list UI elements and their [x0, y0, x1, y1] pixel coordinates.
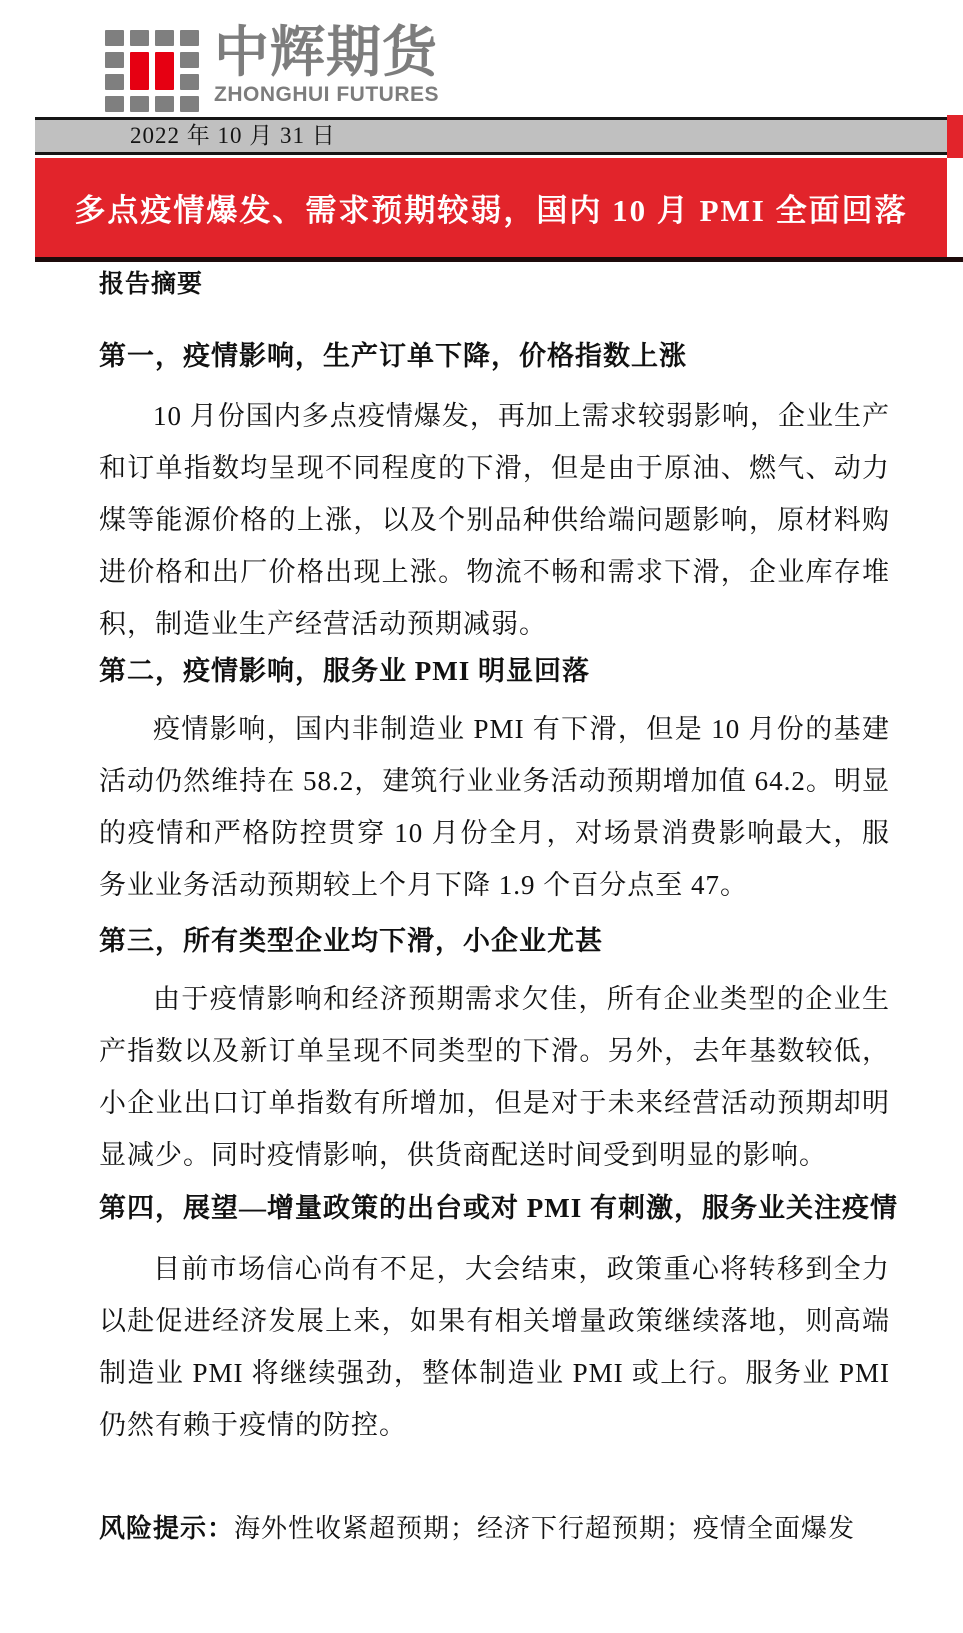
report-title: 多点疫情爆发、需求预期较弱，国内 10 月 PMI 全面回落 [74, 185, 907, 230]
logo-grid-red-bar [130, 52, 149, 90]
risk-notice: 风险提示：海外性收紧超预期；经济下行超预期；疫情全面爆发 [99, 1508, 899, 1545]
logo-grid-cell [130, 30, 149, 46]
risk-notice-label: 风险提示： [99, 1514, 234, 1543]
risk-notice-text: 海外性收紧超预期；经济下行超预期；疫情全面爆发 [234, 1514, 855, 1543]
report-date: 2022 年 10 月 31 日 [35, 120, 947, 152]
date-bar-red-corner [947, 115, 963, 158]
logo-grid-cell [105, 96, 124, 112]
section-4-heading: 第四，展望—增量政策的出台或对 PMI 有刺激，服务业关注疫情 [99, 1192, 899, 1224]
section-3-body: 由于疫情影响和经济预期需求欠佳，所有企业类型的企业生产指数以及新订单呈现不同类型… [99, 973, 890, 1181]
logo-company-name-cn: 中辉期货 [214, 22, 439, 82]
logo-grid-cell [105, 74, 124, 90]
section-1-heading: 第一，疫情影响，生产订单下降，价格指数上涨 [99, 340, 899, 372]
title-banner: 多点疫情爆发、需求预期较弱，国内 10 月 PMI 全面回落 [35, 158, 947, 257]
logo-grid-cell [155, 30, 174, 46]
logo-grid-cell [105, 52, 124, 68]
section-3-heading: 第三，所有类型企业均下滑，小企业尤甚 [99, 925, 899, 957]
logo-grid-squares-icon [105, 30, 199, 112]
report-page: 中辉期货 ZHONGHUI FUTURES 2022 年 10 月 31 日 多… [0, 0, 963, 1633]
section-4-body: 目前市场信心尚有不足，大会结束，政策重心将转移到全力以赴促进经济发展上来，如果有… [99, 1243, 890, 1451]
company-logo: 中辉期货 ZHONGHUI FUTURES [105, 22, 439, 112]
logo-grid-cell [180, 96, 199, 112]
logo-grid-cell [130, 96, 149, 112]
section-2-heading: 第二，疫情影响，服务业 PMI 明显回落 [99, 655, 899, 687]
banner-underline [35, 257, 963, 262]
logo-grid-cell [180, 30, 199, 46]
logo-grid-cell [180, 52, 199, 68]
logo-company-name-en: ZHONGHUI FUTURES [214, 83, 439, 107]
logo-grid-cell [155, 96, 174, 112]
logo-text-block: 中辉期货 ZHONGHUI FUTURES [214, 22, 439, 107]
section-1-body: 10 月份国内多点疫情爆发，再加上需求较弱影响，企业生产和订单指数均呈现不同程度… [99, 390, 890, 650]
logo-grid-cell [105, 30, 124, 46]
summary-label: 报告摘要 [99, 264, 203, 300]
date-bar: 2022 年 10 月 31 日 [35, 117, 947, 155]
logo-grid-cell [180, 74, 199, 90]
section-2-body: 疫情影响，国内非制造业 PMI 有下滑，但是 10 月份的基建活动仍然维持在 5… [99, 703, 890, 911]
logo-grid-red-bar [155, 52, 174, 90]
